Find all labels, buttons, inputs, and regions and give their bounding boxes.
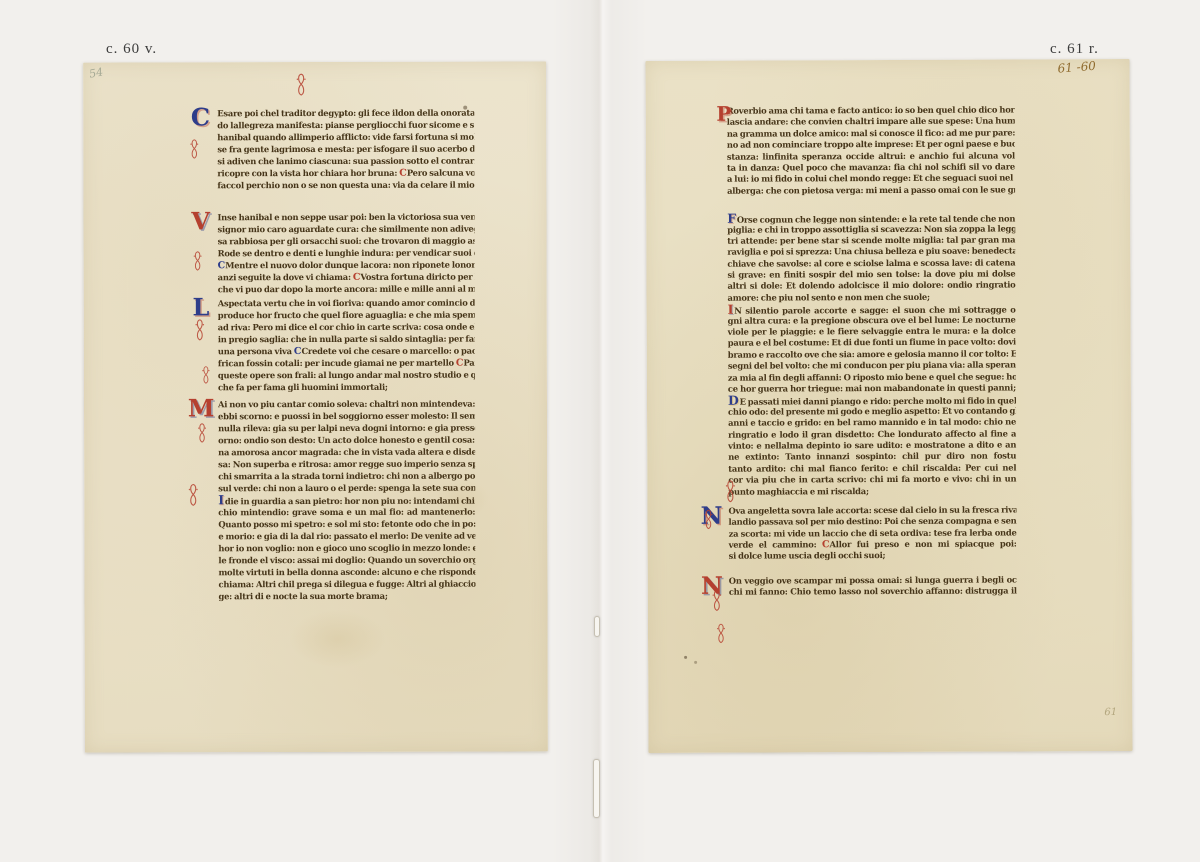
manuscript-line: landio passava sol per mio destino: Poi … (728, 516, 1016, 529)
manuscript-line: no ad non cominciare troppo alte imprese… (727, 139, 1015, 152)
manuscript-line: che vi puo dar dopo la morte ancora: mil… (218, 283, 475, 296)
folio-annotation-pencil: 54 (88, 65, 104, 80)
manuscript-line: molte virtuti in bella donna asconde: al… (218, 566, 475, 579)
manuscript-line: verde el cammino: CAllor fui preso e non… (729, 539, 1017, 552)
book-gutter (552, 0, 648, 862)
manuscript-line: punto maghiaccia e mi riscalda; (728, 485, 1016, 498)
manuscript-line: sul verde: chi non a lauro o el perde: s… (218, 482, 475, 495)
folio-annotation-ink: 61 -60 (1057, 59, 1096, 76)
manuscript-line: hor io non voglio: non e gioco uno scogl… (218, 542, 475, 555)
stanza-block: Esare poi chel traditor degypto: gli fec… (217, 107, 474, 192)
manuscript-line: Ai non vo piu cantar comio soleva: chalt… (218, 398, 475, 411)
illuminated-initial: I (728, 303, 734, 316)
pen-flourish-icon (195, 318, 205, 347)
ink-speck (694, 661, 697, 664)
manuscript-line: na amorosa ancor magrada: che in vista v… (218, 446, 475, 459)
parchment-stain (290, 610, 386, 668)
manuscript-line: ricopre con la vista hor chiara hor brun… (217, 167, 474, 180)
pen-flourish-icon (197, 422, 207, 449)
manuscript-leaf-recto: 61 -60 61 Roverbio ama chi tama e facto … (645, 59, 1132, 753)
stanza-block: FOrse cognun che legge non sintende: e l… (727, 212, 1015, 304)
manuscript-line: anni e taccio e grido: en bel ramo manni… (728, 417, 1016, 430)
paragraph-mark: C (218, 260, 226, 271)
manuscript-line: Inse hanibal e non seppe usar poi: ben l… (217, 211, 474, 224)
manuscript-line: faccol perchio non o se non questa una: … (217, 179, 474, 192)
manuscript-line: queste opere son frali: al lungo andar m… (218, 369, 475, 382)
ink-speck (684, 656, 687, 659)
stanza-block: Aspectata vertu che in voi fioriva: quan… (218, 297, 475, 394)
manuscript-line: signor mio caro aguardate cura: che simi… (218, 223, 475, 236)
manuscript-line: chiama: Altri chil prega si dilegua e fu… (218, 578, 475, 591)
manuscript-line: a lui: io mi fido in colui chel mondo re… (727, 173, 1015, 186)
manuscript-line: nulla rileva: gia su per lalpi neva dogn… (218, 422, 475, 435)
manuscript-line: raviglia e poi si sprezza: Una chiusa be… (727, 246, 1015, 259)
manuscript-line: Esare poi chel traditor degypto: gli fec… (217, 107, 474, 120)
manuscript-line: alberga: che con pietosa verga: mi meni … (727, 184, 1015, 197)
pen-flourish-icon (296, 70, 306, 105)
manuscript-line: chi mi fanno: Chio temo lasso nol soverc… (729, 586, 1017, 599)
manuscript-line: ne extinto: Tanto innanzi sospinto: chil… (728, 451, 1016, 464)
illuminated-initial: D (728, 394, 739, 407)
stanza-block: DE passati miei danni piango e rido: per… (728, 394, 1016, 498)
text-column-verso: Esare poi chel traditor degypto: gli fec… (217, 107, 475, 603)
stanza-block: Ai non vo piu cantar comio soleva: chalt… (218, 398, 475, 495)
stanza-block: Idie in guardia a san pietro: hor non pi… (218, 494, 475, 603)
manuscript-line: ge: altri di e nocte la sua morte brama; (218, 590, 475, 603)
pen-flourish-icon (189, 138, 199, 165)
manuscript-line: chio mintendio: grave soma e un mal fio:… (218, 506, 475, 519)
folio-annotation-corner: 61 (1104, 707, 1117, 718)
manuscript-leaf-verso: 54 Esare poi chel traditor degypto: gli … (83, 61, 548, 752)
manuscript-line: DE passati miei danni piango e rido: per… (728, 394, 1016, 407)
text-column-recto: Roverbio ama chi tama e facto antico: io… (727, 104, 1017, 598)
paragraph-mark: C (294, 346, 302, 357)
stanza-block: Ova angeletta sovra lale accorta: scese … (728, 504, 1016, 562)
manuscript-line: le fronde el visco: assai mi doglio: Qua… (218, 554, 475, 567)
manuscript-line: altri si dole: Et dolendo adolcisce il m… (727, 280, 1015, 293)
stitching-thread-icon (593, 759, 600, 818)
manuscript-line: sa rabbiosa per gli orsacchi suoi: che t… (218, 235, 475, 248)
manuscript-line: produce hor fructo che quel fiore aguagl… (218, 309, 475, 322)
manuscript-line: do lallegreza manifesta: pianse perglioc… (217, 119, 474, 132)
manuscript-line: CMentre el nuovo dolor dunque lacora: no… (218, 259, 475, 272)
manuscript-line: sa: Non superba e ritrosa: amor regge su… (218, 458, 475, 471)
manuscript-line: chi smarrita a la strada torni indietro:… (218, 470, 475, 483)
illuminated-initial: I (218, 494, 224, 507)
illuminated-initial: M (186, 396, 216, 420)
manuscript-line: IN silentio parole accorte e sagge: el s… (728, 303, 1016, 316)
stitching-thread-icon (594, 616, 600, 637)
manuscript-line: Rode se dentro e denti e lunghie indura:… (218, 247, 475, 260)
manuscript-line: una persona viva CCredete voi che cesare… (218, 345, 475, 358)
manuscript-line: orno: ondio son desto: Un acto dolce hon… (218, 434, 475, 447)
facsimile-photo: c. 60 v. c. 61 r. 54 Esare poi chel trad… (0, 0, 1200, 862)
paragraph-mark: C (353, 272, 361, 283)
paragraph-mark: C (399, 168, 407, 179)
manuscript-line: hanibal quando allimperio afflicto: vide… (217, 131, 474, 144)
pen-flourish-icon (716, 623, 726, 650)
manuscript-line: lascia andare: che convien chaltri impar… (727, 116, 1015, 129)
stanza-block: Roverbio ama chi tama e facto antico: io… (727, 104, 1015, 196)
stanza-block: Inse hanibal e non seppe usar poi: ben l… (217, 211, 474, 296)
illuminated-initial: C (185, 105, 215, 129)
pen-flourish-icon (193, 250, 203, 277)
caption-left-folio: c. 60 v. (106, 41, 157, 58)
illuminated-initial: V (185, 209, 215, 233)
pen-flourish-icon (188, 482, 198, 513)
manuscript-line: ad riva: Pero mi dice el cor chio in car… (218, 321, 475, 334)
illuminated-initial: N (696, 504, 726, 528)
paragraph-mark: C (456, 358, 464, 369)
caption-right-folio: c. 61 r. (1050, 41, 1099, 58)
stanza-block: IN silentio parole accorte e sagge: el s… (728, 303, 1016, 395)
manuscript-line: anzi seguite la dove vi chiama: CVostra … (218, 271, 475, 284)
manuscript-line: si dolce lume uscia degli occhi suoi; (729, 550, 1017, 563)
illuminated-initial: P (709, 104, 739, 124)
manuscript-line: in pregio saglia: che in nulla parte si … (218, 333, 475, 346)
manuscript-line: si adiven che lanimo ciascuna: sua passi… (217, 155, 474, 168)
manuscript-line: segni del bel volto: che mi conducon per… (728, 360, 1016, 373)
manuscript-line: Idie in guardia a san pietro: hor non pi… (218, 494, 475, 507)
manuscript-line: ebbi scorno: e puossi in bel soggiorno e… (218, 410, 475, 423)
pen-flourish-icon (201, 365, 211, 390)
manuscript-line: frican fossin cotali: per incude giamai … (218, 357, 475, 370)
illuminated-initial: F (727, 212, 736, 225)
paragraph-mark: C (822, 539, 830, 550)
manuscript-line: che fa per fama gli huomini immortali; (218, 381, 475, 394)
manuscript-line: Aspectata vertu che in voi fioriva: quan… (218, 297, 475, 310)
illuminated-initial: N (697, 574, 727, 598)
manuscript-line: e morio: e gia di la dal rio: passato el… (218, 530, 475, 543)
manuscript-line: se fra gente lagrimosa e mesta: per isfo… (217, 143, 474, 156)
manuscript-line: FOrse cognun che legge non sintende: e l… (727, 212, 1015, 225)
manuscript-line: paura e el bel costume: Et di due fonti … (728, 337, 1016, 350)
manuscript-line: cor via piu che in carta scrivo: chi mi … (728, 474, 1016, 487)
illuminated-initial: L (186, 295, 216, 319)
stanza-block: On veggio ove scampar mi possa omai: si … (729, 574, 1017, 598)
manuscript-line: Quanto posso mi spetro: e sol mi sto: fe… (218, 518, 475, 531)
